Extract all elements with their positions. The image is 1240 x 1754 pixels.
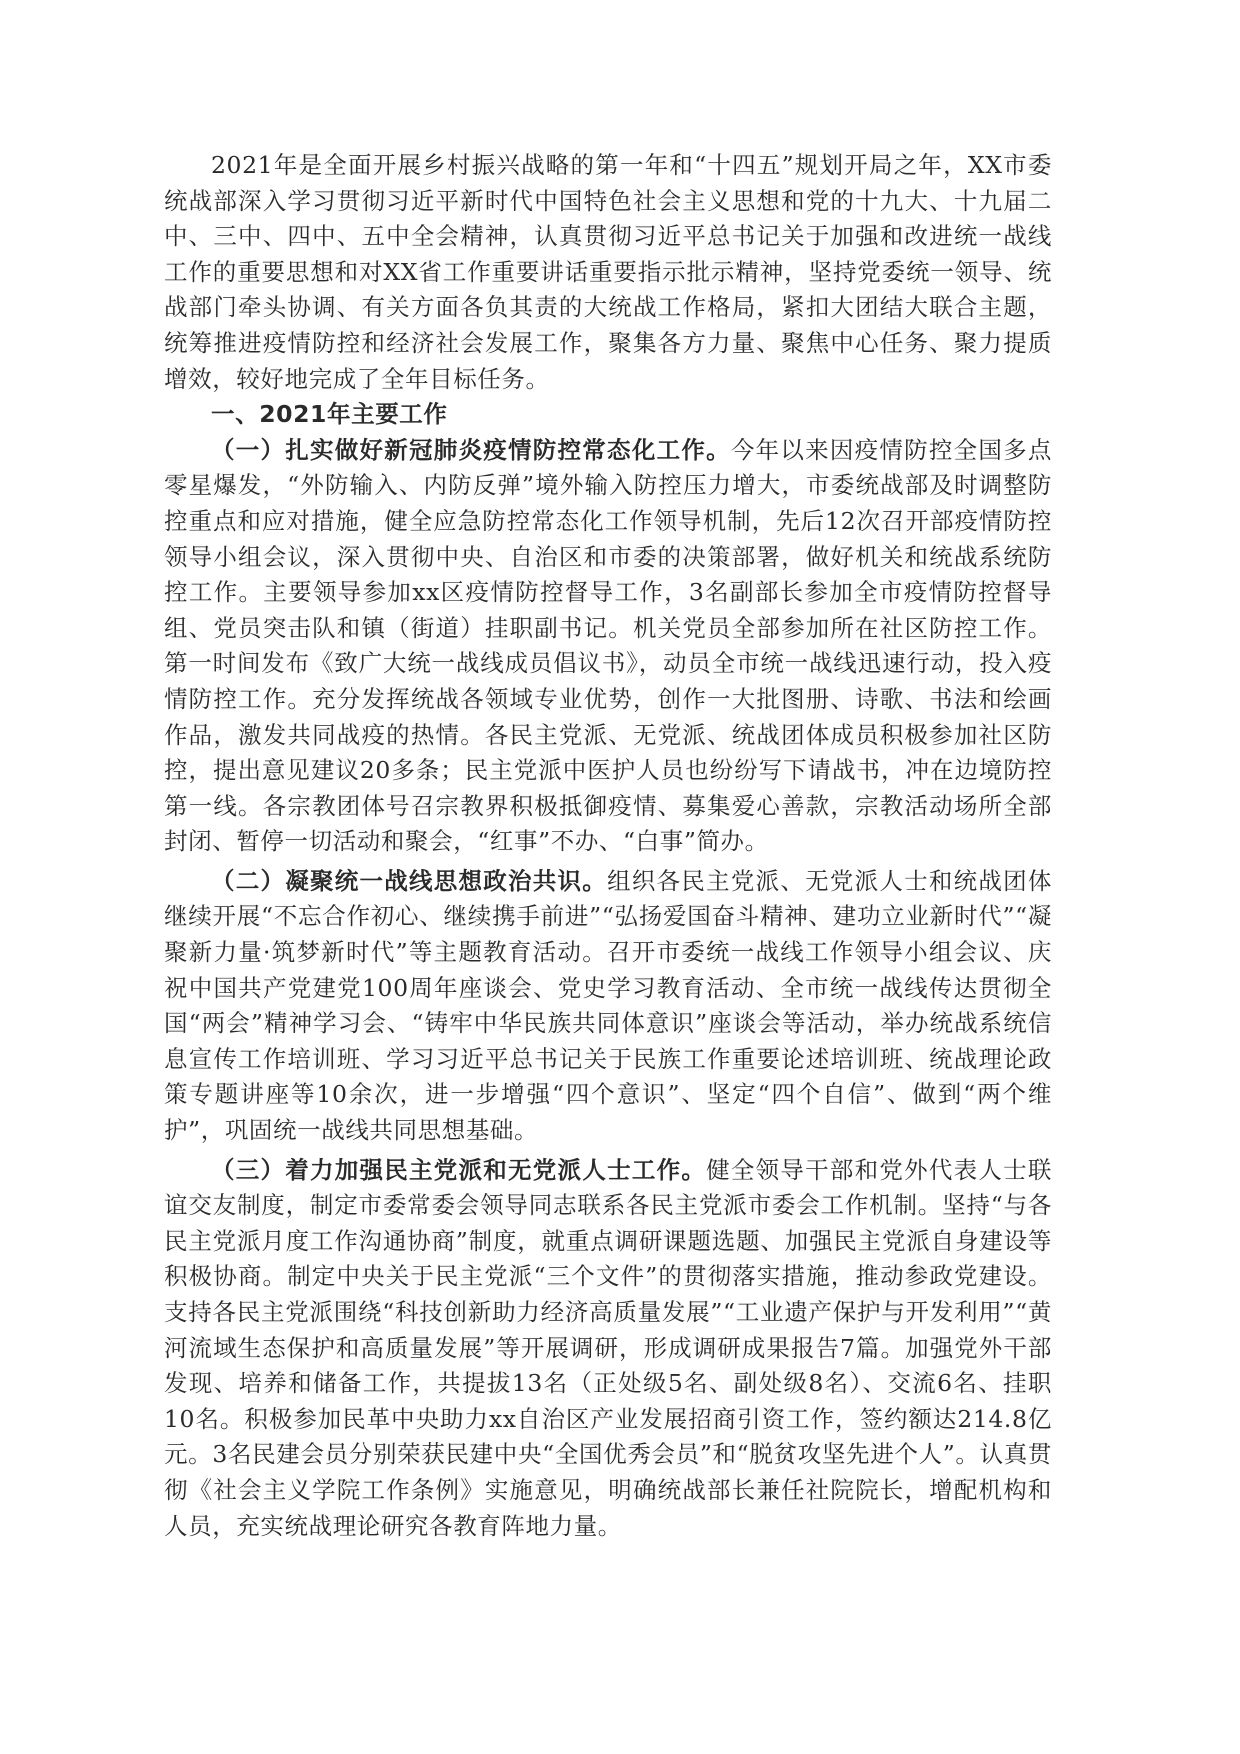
item-paragraph-2: （二）凝聚统一战线思想政治共识。组织各民主党派、无党派人士和统战团体继续开展“不… xyxy=(164,864,1052,1149)
item-lead-3: （三）着力加强民主党派和无党派人士工作。 xyxy=(211,1156,706,1184)
item-body-3: 健全领导干部和党外代表人士联谊交友制度，制定市委常委会领导同志联系各民主党派市委… xyxy=(164,1156,1052,1540)
item-lead-2: （二）凝聚统一战线思想政治共识。 xyxy=(211,867,607,895)
intro-paragraph: 2021年是全面开展乡村振兴战略的第一年和“十四五”规划开局之年，XX市委统战部… xyxy=(164,148,1052,397)
item-paragraph-3: （三）着力加强民主党派和无党派人士工作。健全领导干部和党外代表人士联谊交友制度，… xyxy=(164,1153,1052,1545)
item-paragraph-1: （一）扎实做好新冠肺炎疫情防控常态化工作。今年以来因疫情防控全国多点零星爆发，“… xyxy=(164,433,1052,860)
document-page: 2021年是全面开展乡村振兴战略的第一年和“十四五”规划开局之年，XX市委统战部… xyxy=(164,148,1052,1544)
item-body-2: 组织各民主党派、无党派人士和统战团体继续开展“不忘合作初心、继续携手前进”“弘扬… xyxy=(164,867,1052,1144)
item-body-1: 今年以来因疫情防控全国多点零星爆发，“外防输入、内防反弹”境外输入防控压力增大，… xyxy=(164,436,1052,856)
item-lead-1: （一）扎实做好新冠肺炎疫情防控常态化工作。 xyxy=(211,436,731,464)
section-heading: 一、2021年主要工作 xyxy=(164,397,1052,433)
